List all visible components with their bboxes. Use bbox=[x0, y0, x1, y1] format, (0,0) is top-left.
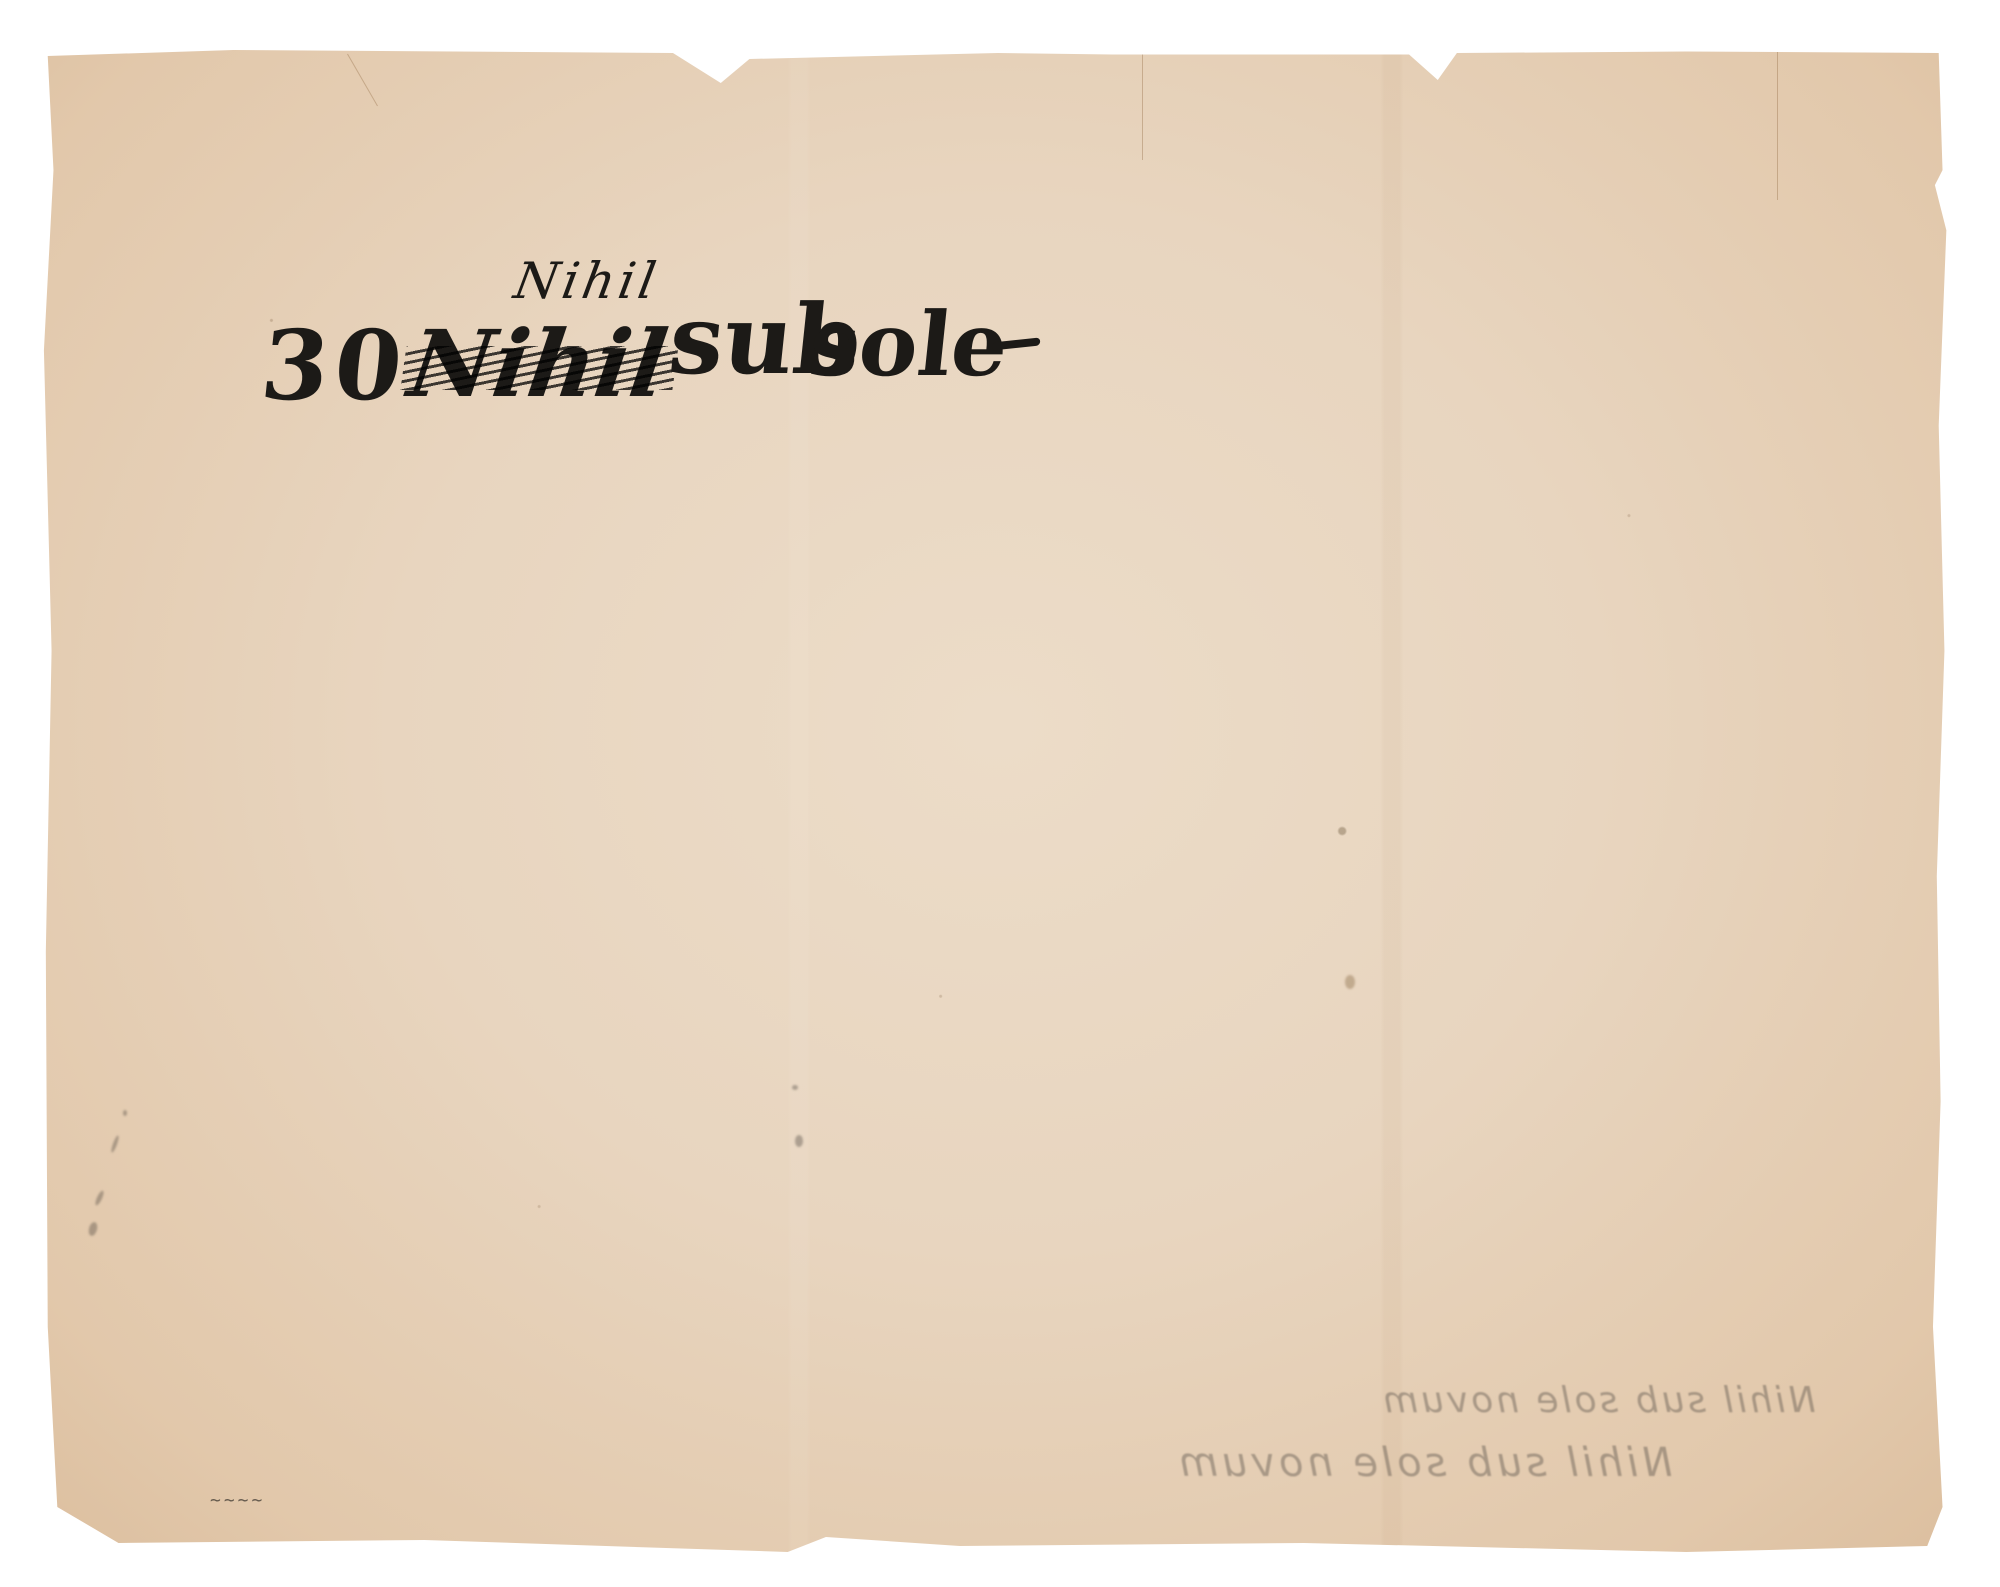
center-smudge bbox=[792, 1085, 798, 1090]
ink-dot bbox=[123, 1110, 127, 1116]
word-sole: sole bbox=[805, 300, 1012, 388]
strike-through-scribble bbox=[400, 346, 678, 390]
ink-dash bbox=[94, 1190, 105, 1207]
correction-word: Nihil bbox=[511, 256, 664, 306]
top-tear-crease bbox=[1142, 50, 1143, 160]
pencil-offset-line-2: Nihil sub sole novum bbox=[1175, 1440, 1672, 1486]
top-right-crease bbox=[1777, 50, 1778, 200]
foxing-spot bbox=[1345, 975, 1355, 989]
lower-left-pencil-mark: ~~~~ bbox=[210, 1490, 265, 1511]
center-smudge bbox=[795, 1135, 803, 1147]
sheet-number: 30 bbox=[257, 318, 413, 414]
top-tear-crease bbox=[347, 54, 378, 106]
ink-dash bbox=[110, 1135, 120, 1153]
scan-background: 30 Nihil Nihil sub sole Nihil sub sole n… bbox=[0, 0, 2000, 1587]
ink-edge-marks bbox=[75, 1110, 135, 1290]
ink-dash bbox=[87, 1221, 98, 1237]
word-sole-text: sole bbox=[805, 292, 1014, 396]
pencil-offset-line-1: Nihil sub sole novum bbox=[1380, 1380, 1815, 1421]
struck-word: Nihil bbox=[404, 318, 673, 410]
paper-sheet bbox=[42, 50, 1954, 1552]
